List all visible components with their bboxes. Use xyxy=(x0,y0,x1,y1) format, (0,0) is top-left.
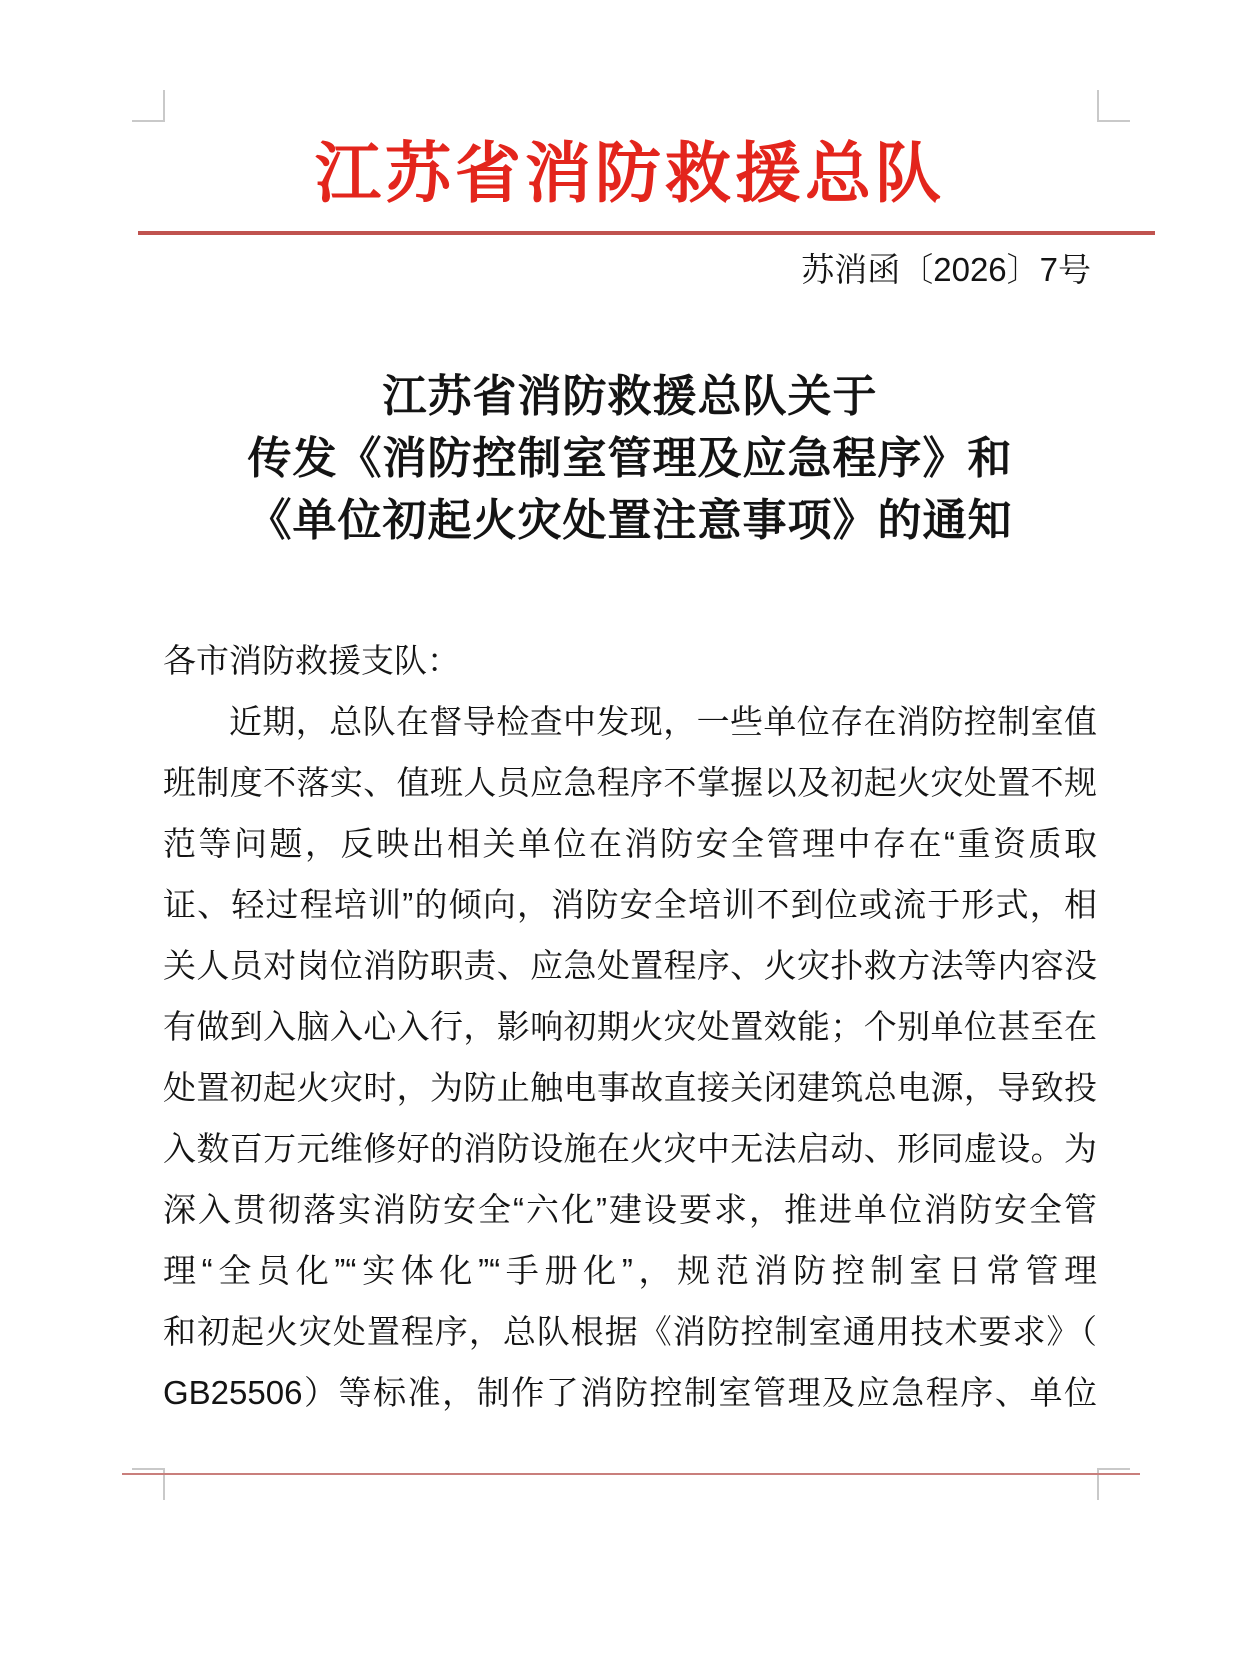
notice-title: 江苏省消防救援总队关于 传发《消防控制室管理及应急程序》和 《单位初起火灾处置注… xyxy=(163,366,1097,552)
body-line: 入数百万元维修好的消防设施在火灾中无法启动、形同虚设。为 xyxy=(163,1118,1097,1179)
body-line: 班制度不落实、值班人员应急程序不掌握以及初起火灾处置不规 xyxy=(163,752,1097,813)
body-line: 深入贯彻落实消防安全“六化”建设要求，推进单位消防安全管 xyxy=(163,1179,1097,1240)
body-line: 有做到入脑入心入行，影响初期火灾处置效能；个别单位甚至在 xyxy=(163,996,1097,1057)
body-line: 理“全员化”“实体化”“手册化”，规范消防控制室日常管理 xyxy=(163,1240,1097,1301)
salutation: 各市消防救援支队： xyxy=(163,630,1097,691)
doc-reference-number: 苏消函〔2026〕7号 xyxy=(163,250,1097,290)
body-line: GB25506）等标准，制作了消防控制室管理及应急程序、单位 xyxy=(163,1362,1097,1423)
notice-title-line: 《单位初起火灾处置注意事项》的通知 xyxy=(163,490,1097,552)
notice-title-line: 传发《消防控制室管理及应急程序》和 xyxy=(163,428,1097,490)
body-line: 近期，总队在督导检查中发现，一些单位存在消防控制室值 xyxy=(163,691,1097,752)
body-line: 处置初起火灾时，为防止触电事故直接关闭建筑总电源，导致投 xyxy=(163,1057,1097,1118)
crop-mark-top-left xyxy=(132,90,165,122)
crop-mark-top-right xyxy=(1097,90,1130,122)
body-line: 关人员对岗位消防职责、应急处置程序、火灾扑救方法等内容没 xyxy=(163,935,1097,996)
body-line: 证、轻过程培训”的倾向，消防安全培训不到位或流于形式，相 xyxy=(163,874,1097,935)
letterhead-red-separator-line xyxy=(138,231,1155,235)
document-body: 各市消防救援支队： 近期，总队在督导检查中发现，一些单位存在消防控制室值 班制度… xyxy=(163,630,1097,1423)
body-line: 范等问题，反映出相关单位在消防安全管理中存在“重资质取 xyxy=(163,813,1097,874)
page-bottom-red-line xyxy=(122,1473,1140,1475)
body-line: 和初起火灾处置程序，总队根据《消防控制室通用技术要求》（ xyxy=(163,1301,1097,1362)
document-page: 江苏省消防救援总队 苏消函〔2026〕7号 江苏省消防救援总队关于 传发《消防控… xyxy=(0,0,1260,1668)
notice-title-line: 江苏省消防救援总队关于 xyxy=(163,366,1097,428)
letterhead-org-name: 江苏省消防救援总队 xyxy=(0,138,1260,208)
